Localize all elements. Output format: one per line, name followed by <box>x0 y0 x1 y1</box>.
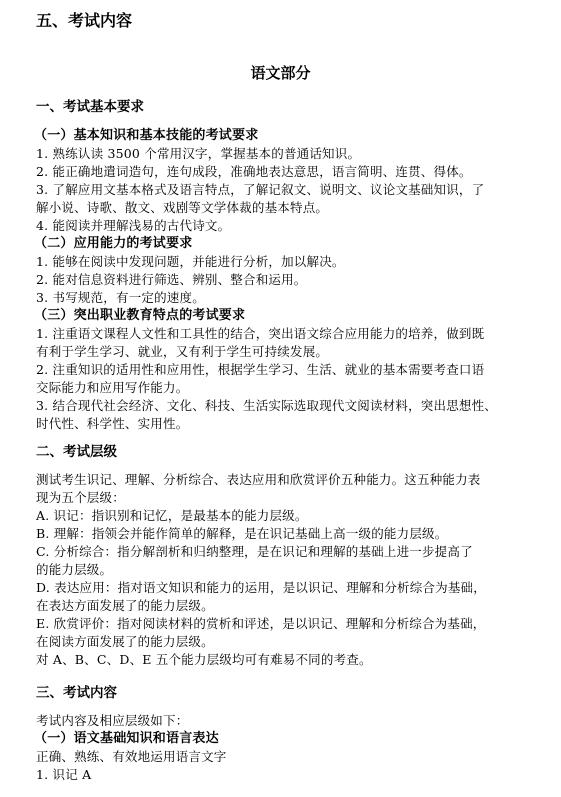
level-item-a: A. 识记：指识别和记忆，是最基本的能力层级。 <box>36 507 526 525</box>
text-line: 有利于学生学习、就业，又有利于学生可持续发展。 <box>36 343 526 361</box>
text-line: 2. 注重知识的适用性和应用性，根据学生学习、生活、就业的基本需要考查口语 <box>36 361 526 379</box>
text-line: 3. 书写规范，有一定的速度。 <box>36 289 526 307</box>
subsection-title: （一）语文基础知识和语言表达 <box>34 730 526 748</box>
text-line: 的能力层级。 <box>36 561 526 579</box>
text-line: 2. 能对信息资料进行筛选、辨别、整合和运用。 <box>36 271 526 289</box>
text-line: 1. 识记 A <box>36 766 526 784</box>
section-title-exam-levels: 二、考试层级 <box>36 443 117 461</box>
subsection-title: （三）突出职业教育特点的考试要求 <box>34 307 526 325</box>
section-exam-content-body: 考试内容及相应层级如下： （一）语文基础知识和语言表达 正确、熟练、有效地运用语… <box>36 712 526 784</box>
text-line: 对 A、B、C、D、E 五个能力层级均可有难易不同的考查。 <box>36 651 526 669</box>
subject-title: 语文部分 <box>0 63 561 83</box>
text-line: 4. 能阅读并理解浅易的古代诗文。 <box>36 217 526 235</box>
section-title-exam-content: 三、考试内容 <box>36 684 117 702</box>
text-line: 1. 熟练认读 3500 个常用汉字，掌握基本的普通话知识。 <box>36 145 526 163</box>
text-line: 1. 能够在阅读中发现问题，并能进行分析，加以解决。 <box>36 253 526 271</box>
subsection-title: （二）应用能力的考试要求 <box>34 235 526 253</box>
document-page: 五、考试内容 语文部分 一、考试基本要求 （一）基本知识和基本技能的考试要求 1… <box>0 0 561 797</box>
text-line: 现为五个层级： <box>36 489 526 507</box>
text-line: 考试内容及相应层级如下： <box>36 712 526 730</box>
text-line: 在表达方面发展了的能力层级。 <box>36 597 526 615</box>
level-item-c: C. 分析综合：指分解剖析和归纳整理，是在识记和理解的基础上进一步提高了 <box>36 543 526 561</box>
section-title-basic-requirements: 一、考试基本要求 <box>36 98 144 116</box>
text-line: 3. 结合现代社会经济、文化、科技、生活实际选取现代文阅读材料，突出思想性、 <box>36 397 526 415</box>
text-line: 时代性、科学性、实用性。 <box>36 415 526 433</box>
text-line: 正确、熟练、有效地运用语言文字 <box>36 748 526 766</box>
text-line: 解小说、诗歌、散文、戏剧等文学体裁的基本特点。 <box>36 199 526 217</box>
text-line: 测试考生识记、理解、分析综合、表达应用和欣赏评价五种能力。这五种能力表 <box>36 471 526 489</box>
subsection-title: （一）基本知识和基本技能的考试要求 <box>34 127 526 145</box>
text-line: 1. 注重语文课程人文性和工具性的结合，突出语文综合应用能力的培养，做到既 <box>36 325 526 343</box>
text-line: 3. 了解应用文基本格式及语言特点，了解记叙文、说明文、议论文基础知识，了 <box>36 181 526 199</box>
level-item-e: E. 欣赏评价：指对阅读材料的赏析和评述，是以识记、理解和分析综合为基础， <box>36 615 526 633</box>
level-item-d: D. 表达应用：指对语文知识和能力的运用，是以识记、理解和分析综合为基础， <box>36 579 526 597</box>
level-item-b: B. 理解：指领会并能作简单的解释，是在识记基础上高一级的能力层级。 <box>36 525 526 543</box>
section-exam-levels-body: 测试考生识记、理解、分析综合、表达应用和欣赏评价五种能力。这五种能力表 现为五个… <box>36 471 526 669</box>
text-line: 交际能力和应用写作能力。 <box>36 379 526 397</box>
section-basic-requirements-body: （一）基本知识和基本技能的考试要求 1. 熟练认读 3500 个常用汉字，掌握基… <box>36 127 526 433</box>
text-line: 在阅读方面发展了的能力层级。 <box>36 633 526 651</box>
text-line: 2. 能正确地遣词造句，连句成段，准确地表达意思，语言简明、连贯、得体。 <box>36 163 526 181</box>
page-heading: 五、考试内容 <box>36 11 132 31</box>
